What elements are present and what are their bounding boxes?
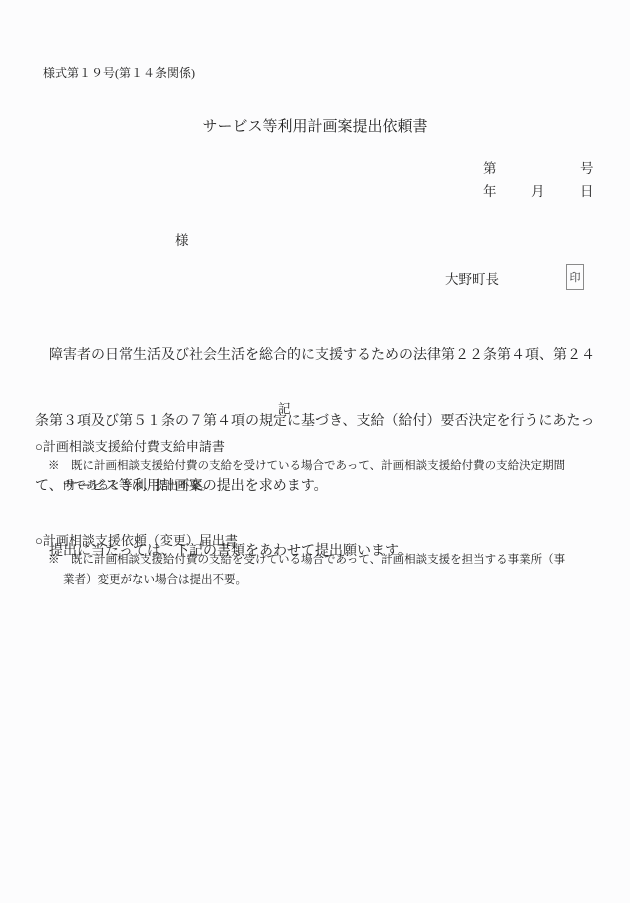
addressee-honorific: 様 <box>175 229 189 249</box>
doc-number-prefix: 第 <box>483 157 497 177</box>
seal-label: 印 <box>570 269 581 285</box>
section-1-note-line: ※ 既に計画相談支援給付費の支給を受けている場合であって、計画相談支援給付費の支… <box>48 457 565 473</box>
document-page: 様式第１９号(第１４条関係) サービス等利用計画案提出依頼書 第 号 年 月 日… <box>0 0 630 903</box>
seal-placeholder-box: 印 <box>566 264 584 290</box>
date-month-label: 月 <box>531 180 545 200</box>
date-year-label: 年 <box>483 180 497 200</box>
doc-number-suffix: 号 <box>580 157 594 177</box>
section-2-note-line: 業者）変更がない場合は提出不要。 <box>63 571 247 587</box>
date-day-label: 日 <box>580 180 594 200</box>
section-2-note-line: ※ 既に計画相談支援給付費の支給を受けている場合であって、計画相談支援を担当する… <box>48 551 565 567</box>
form-number: 様式第１９号(第１４条関係) <box>43 64 195 81</box>
body-line: 条第３項及び第５１条の７第４項の規定に基づき、支給（給付）要否決定を行うにあたっ <box>35 411 597 433</box>
issuer-title: 大野町長 <box>445 268 499 288</box>
record-heading: 記 <box>278 399 291 417</box>
section-1-heading: ○計画相談支援給付費支給申請書 <box>35 436 225 455</box>
body-line: 障害者の日常生活及び社会生活を総合的に支援するための法律第２２条第４項、第２４ <box>35 345 597 367</box>
document-title: サービス等利用計画案提出依頼書 <box>0 115 630 136</box>
section-2-heading: ○計画相談支援依頼（変更）届出書 <box>35 530 238 549</box>
section-1-note-line: 内であるときは、提出不要。 <box>63 477 213 493</box>
